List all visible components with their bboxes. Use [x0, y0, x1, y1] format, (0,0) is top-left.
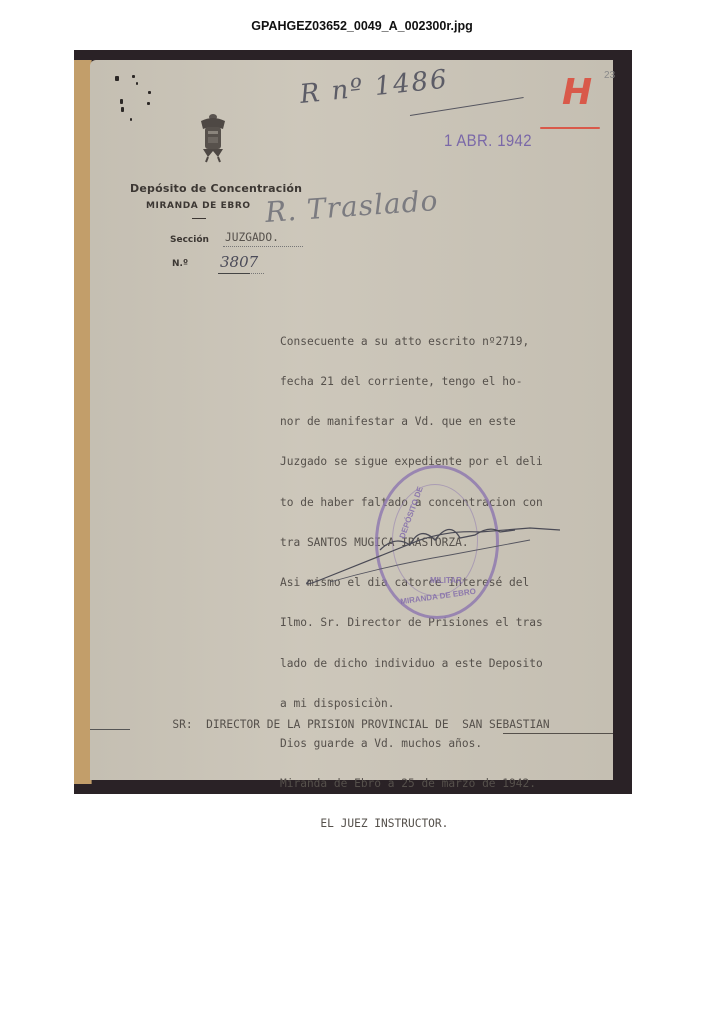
coat-of-arms-icon [198, 111, 228, 163]
addressee-prefix: SR: [172, 718, 192, 731]
addressee-line: SR: DIRECTOR DE LA PRISION PROVINCIAL DE… [132, 705, 550, 745]
punch-hole-mark [136, 82, 138, 85]
punch-hole-mark [130, 118, 132, 121]
red-pencil-mark: H [562, 72, 592, 113]
number-label: N.º [172, 259, 188, 269]
section-value: JUZGADO. [225, 231, 279, 244]
number-underline [218, 273, 250, 274]
document-scan: Depósito de Concentración MIRANDA DE EBR… [74, 50, 632, 794]
body-line: Consecuente a su atto escrito nº2719, [280, 335, 543, 348]
body-line: fecha 21 del corriente, tengo el ho- [280, 375, 543, 388]
punch-hole-mark [148, 91, 151, 94]
punch-hole-mark [147, 102, 150, 105]
body-line: nor de manifestar a Vd. que en este [280, 415, 543, 428]
punch-hole-mark [121, 107, 124, 112]
punch-hole-mark [115, 76, 119, 81]
letterhead-institution: Depósito de Concentración [130, 182, 302, 195]
punch-hole-mark [120, 99, 123, 104]
received-date-stamp: 1 ABR. 1942 [444, 131, 532, 151]
page-number: 23 [604, 70, 615, 81]
signature-scribble [300, 510, 570, 590]
body-line: Ilmo. Sr. Director de Prisiones el tras [280, 616, 543, 629]
number-value-handwritten: 3807 [220, 253, 258, 271]
addressee-city-underline [503, 733, 613, 734]
document-page: Depósito de Concentración MIRANDA DE EBR… [90, 60, 613, 780]
addressee-title: DIRECTOR DE LA PRISION PROVINCIAL DE [206, 718, 448, 731]
addressee-city: SAN SEBASTIAN [462, 718, 550, 731]
margin-rule [90, 729, 130, 730]
letterhead-location: MIRANDA DE EBRO [146, 201, 251, 211]
body-line: lado de dicho individuo a este Deposito [280, 657, 543, 670]
letterhead-divider [192, 218, 206, 219]
file-name-caption: GPAHGEZ03652_0049_A_002300r.jpg [0, 19, 724, 33]
body-line: Miranda de Ebro a 25 de marzo de 1942. [280, 777, 543, 790]
section-label: Sección [170, 235, 209, 245]
section-dotted-line [223, 246, 303, 247]
punch-hole-mark [132, 75, 135, 78]
body-line: Juzgado se sigue expediente por el deli [280, 455, 543, 468]
signatory-title: EL JUEZ INSTRUCTOR. [280, 817, 543, 830]
red-pencil-underline [540, 127, 600, 129]
